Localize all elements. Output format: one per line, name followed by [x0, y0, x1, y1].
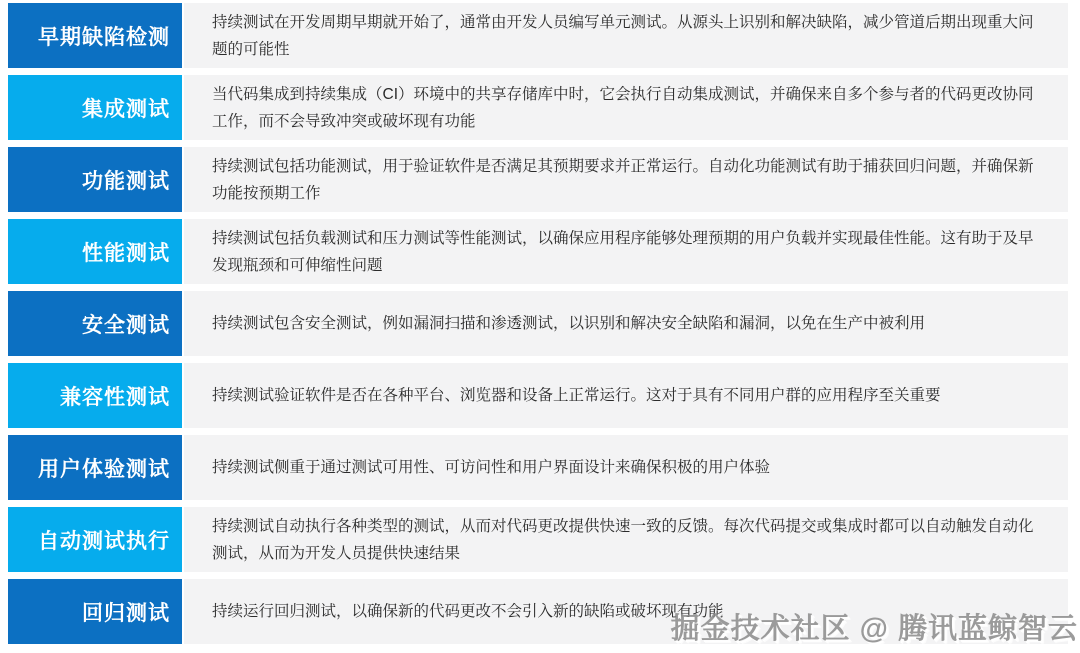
- row-description-panel: 持续测试侧重于通过测试可用性、可访问性和用户界面设计来确保积极的用户体验: [184, 435, 1068, 500]
- row-label: 早期缺陷检测: [8, 3, 182, 68]
- row-description: 持续测试在开发周期早期就开始了，通常由开发人员编写单元测试。从源头上识别和解决缺…: [212, 9, 1038, 63]
- row-label: 安全测试: [8, 291, 182, 356]
- row-description-panel: 持续测试在开发周期早期就开始了，通常由开发人员编写单元测试。从源头上识别和解决缺…: [184, 3, 1068, 68]
- row-description: 当代码集成到持续集成（CI）环境中的共享存储库中时，它会执行自动集成测试，并确保…: [212, 81, 1038, 135]
- row-description: 持续测试侧重于通过测试可用性、可访问性和用户界面设计来确保积极的用户体验: [212, 454, 770, 481]
- table-row: 集成测试 当代码集成到持续集成（CI）环境中的共享存储库中时，它会执行自动集成测…: [8, 75, 1080, 140]
- row-description-panel: 持续测试验证软件是否在各种平台、浏览器和设备上正常运行。这对于具有不同用户群的应…: [184, 363, 1068, 428]
- row-label: 集成测试: [8, 75, 182, 140]
- row-label: 用户体验测试: [8, 435, 182, 500]
- row-description: 持续测试自动执行各种类型的测试，从而对代码更改提供快速一致的反馈。每次代码提交或…: [212, 513, 1038, 567]
- row-label: 自动测试执行: [8, 507, 182, 572]
- row-label: 兼容性测试: [8, 363, 182, 428]
- row-description: 持续运行回归测试，以确保新的代码更改不会引入新的缺陷或破坏现有功能: [212, 598, 724, 625]
- row-description-panel: 持续测试包括功能测试，用于验证软件是否满足其预期要求并正常运行。自动化功能测试有…: [184, 147, 1068, 212]
- row-label: 功能测试: [8, 147, 182, 212]
- table-row: 早期缺陷检测 持续测试在开发周期早期就开始了，通常由开发人员编写单元测试。从源头…: [8, 3, 1080, 68]
- row-description-panel: 持续测试包括负载测试和压力测试等性能测试，以确保应用程序能够处理预期的用户负载并…: [184, 219, 1068, 284]
- continuous-testing-table: 早期缺陷检测 持续测试在开发周期早期就开始了，通常由开发人员编写单元测试。从源头…: [0, 0, 1080, 644]
- row-description: 持续测试验证软件是否在各种平台、浏览器和设备上正常运行。这对于具有不同用户群的应…: [212, 382, 941, 409]
- table-row: 回归测试 持续运行回归测试，以确保新的代码更改不会引入新的缺陷或破坏现有功能: [8, 579, 1080, 644]
- table-row: 功能测试 持续测试包括功能测试，用于验证软件是否满足其预期要求并正常运行。自动化…: [8, 147, 1080, 212]
- row-label: 回归测试: [8, 579, 182, 644]
- row-description: 持续测试包括功能测试，用于验证软件是否满足其预期要求并正常运行。自动化功能测试有…: [212, 153, 1038, 207]
- table-row: 性能测试 持续测试包括负载测试和压力测试等性能测试，以确保应用程序能够处理预期的…: [8, 219, 1080, 284]
- table-row: 用户体验测试 持续测试侧重于通过测试可用性、可访问性和用户界面设计来确保积极的用…: [8, 435, 1080, 500]
- row-description-panel: 持续测试包含安全测试，例如漏洞扫描和渗透测试，以识别和解决安全缺陷和漏洞，以免在…: [184, 291, 1068, 356]
- row-description-panel: 持续测试自动执行各种类型的测试，从而对代码更改提供快速一致的反馈。每次代码提交或…: [184, 507, 1068, 572]
- table-row: 自动测试执行 持续测试自动执行各种类型的测试，从而对代码更改提供快速一致的反馈。…: [8, 507, 1080, 572]
- table-row: 兼容性测试 持续测试验证软件是否在各种平台、浏览器和设备上正常运行。这对于具有不…: [8, 363, 1080, 428]
- row-label: 性能测试: [8, 219, 182, 284]
- row-description-panel: 持续运行回归测试，以确保新的代码更改不会引入新的缺陷或破坏现有功能: [184, 579, 1068, 644]
- table-row: 安全测试 持续测试包含安全测试，例如漏洞扫描和渗透测试，以识别和解决安全缺陷和漏…: [8, 291, 1080, 356]
- row-description: 持续测试包含安全测试，例如漏洞扫描和渗透测试，以识别和解决安全缺陷和漏洞，以免在…: [212, 310, 925, 337]
- row-description-panel: 当代码集成到持续集成（CI）环境中的共享存储库中时，它会执行自动集成测试，并确保…: [184, 75, 1068, 140]
- row-description: 持续测试包括负载测试和压力测试等性能测试，以确保应用程序能够处理预期的用户负载并…: [212, 225, 1038, 279]
